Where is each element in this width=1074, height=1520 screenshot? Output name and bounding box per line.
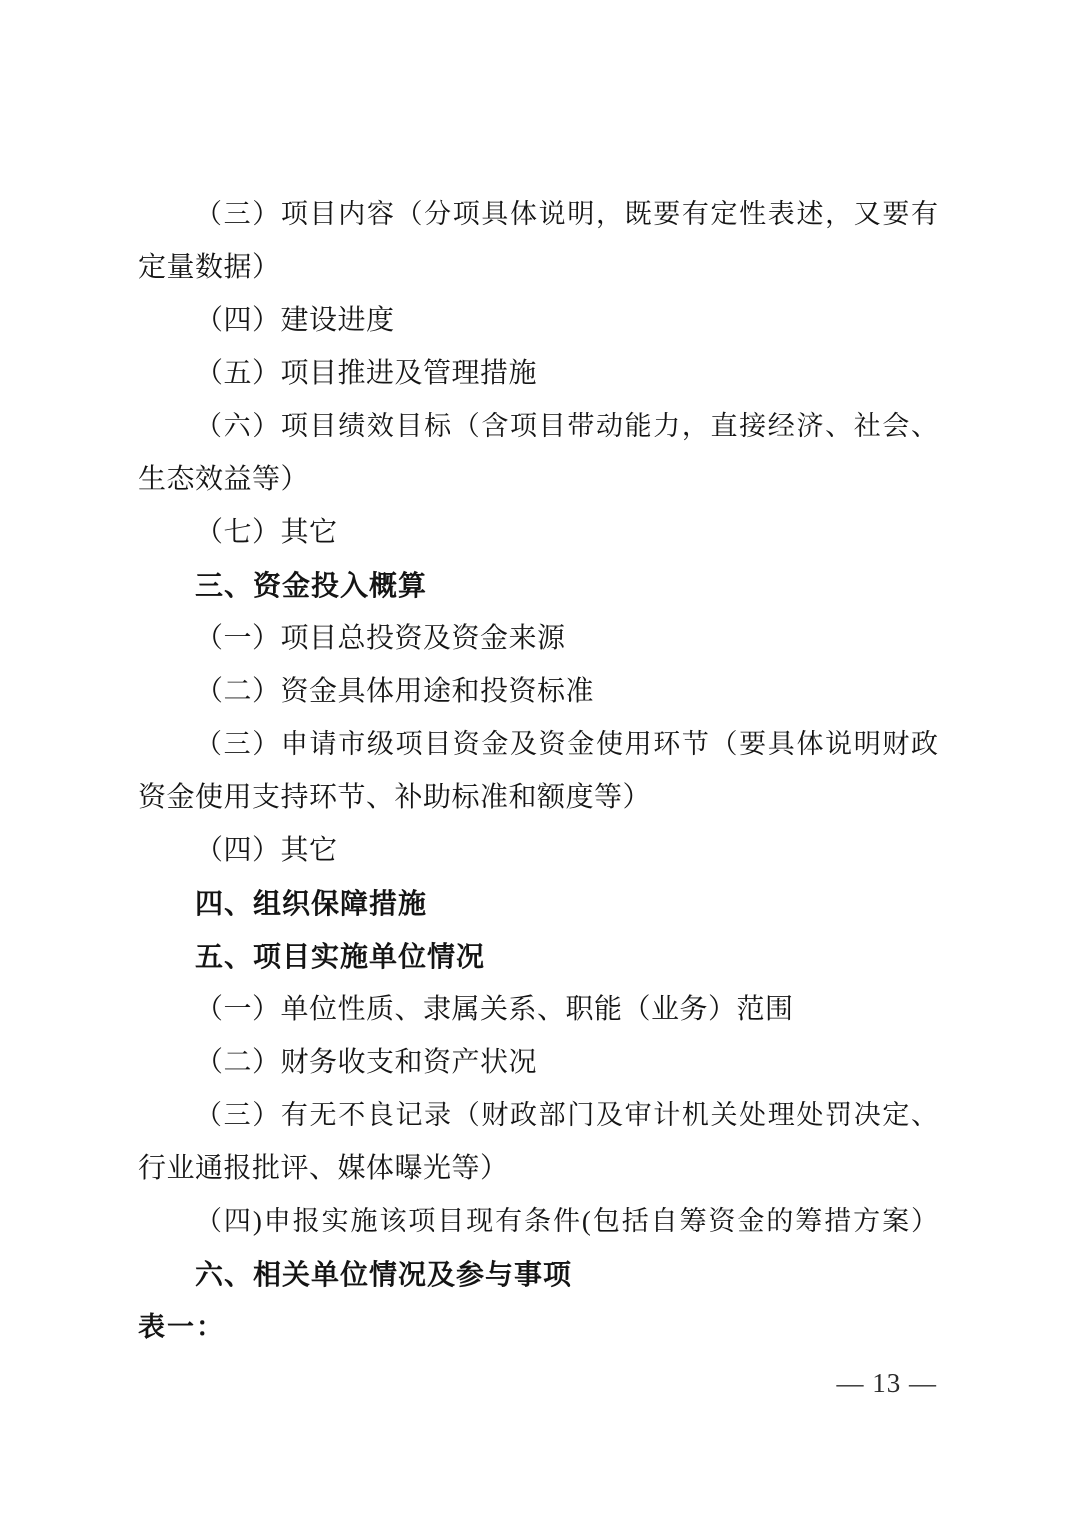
section-heading: 三、资金投入概算 [138,559,938,612]
doc-line: 定量数据） [138,241,938,294]
doc-line: 行业通报批评、媒体曝光等） [138,1142,938,1195]
doc-line: （三）申请市级项目资金及资金使用环节（要具体说明财政 [138,718,938,771]
document-page: （三）项目内容（分项具体说明，既要有定性表述，又要有 定量数据） （四）建设进度… [0,0,1074,1520]
doc-line: （二）资金具体用途和投资标准 [138,665,938,718]
doc-line: 生态效益等） [138,453,938,506]
doc-line: （七）其它 [138,506,938,559]
doc-line: （四）其它 [138,824,938,877]
doc-line: （四)申报实施该项目现有条件(包括自筹资金的筹措方案） [138,1195,938,1248]
doc-line: （三）项目内容（分项具体说明，既要有定性表述，又要有 [138,188,938,241]
doc-line: （一）单位性质、隶属关系、职能（业务）范围 [138,983,938,1036]
doc-line: （五）项目推进及管理措施 [138,347,938,400]
doc-line: （三）有无不良记录（财政部门及审计机关处理处罚决定、 [138,1089,938,1142]
doc-line: 资金使用支持环节、补助标准和额度等） [138,771,938,824]
section-heading: 六、相关单位情况及参与事项 [138,1248,938,1301]
section-heading: 四、组织保障措施 [138,877,938,930]
table-one-label: 表一： [138,1301,938,1354]
section-heading: 五、项目实施单位情况 [138,930,938,983]
page-number: — 13 — [837,1363,938,1403]
document-body: （三）项目内容（分项具体说明，既要有定性表述，又要有 定量数据） （四）建设进度… [138,188,938,1354]
doc-line: （一）项目总投资及资金来源 [138,612,938,665]
doc-line: （四）建设进度 [138,294,938,347]
doc-line: （六）项目绩效目标（含项目带动能力，直接经济、社会、 [138,400,938,453]
doc-line: （二）财务收支和资产状况 [138,1036,938,1089]
